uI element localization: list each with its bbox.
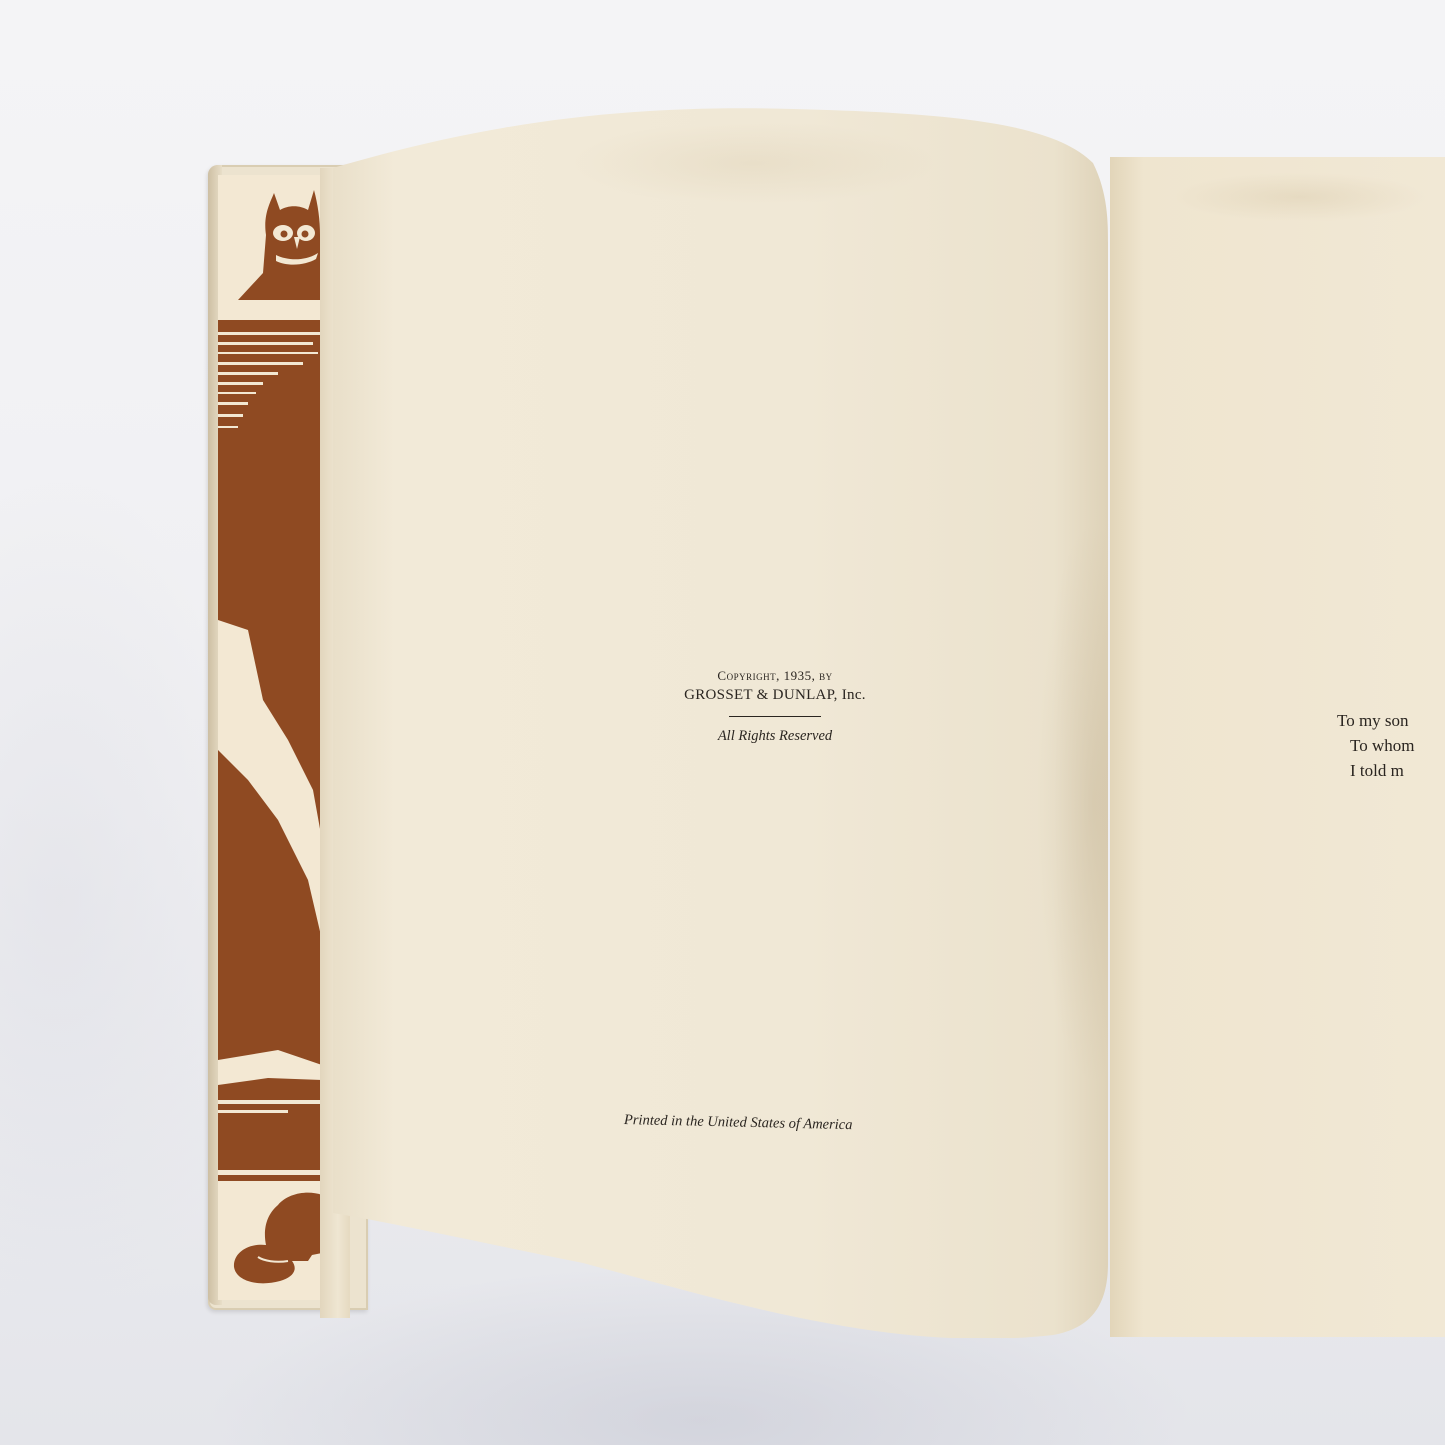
divider-rule: [729, 716, 821, 717]
woodcut-landscape-illustration: [218, 320, 322, 1170]
copyright-block: Copyright, 1935, by GROSSET & DUNLAP, In…: [620, 668, 930, 745]
beaver-illustration-icon: [218, 1175, 322, 1300]
dedication-line: I told m: [1337, 758, 1414, 783]
rights-line: All Rights Reserved: [620, 728, 930, 745]
dedication-text: To my son To whom I told m: [1337, 708, 1414, 783]
dedication-line: To whom: [1337, 733, 1414, 758]
illustrated-endpaper: [218, 175, 322, 1300]
publisher-line: GROSSET & DUNLAP, Inc.: [620, 687, 930, 704]
copyright-line: Copyright, 1935, by: [620, 668, 930, 684]
owl-illustration-icon: [218, 175, 322, 310]
dedication-line: To my son: [1337, 708, 1414, 733]
